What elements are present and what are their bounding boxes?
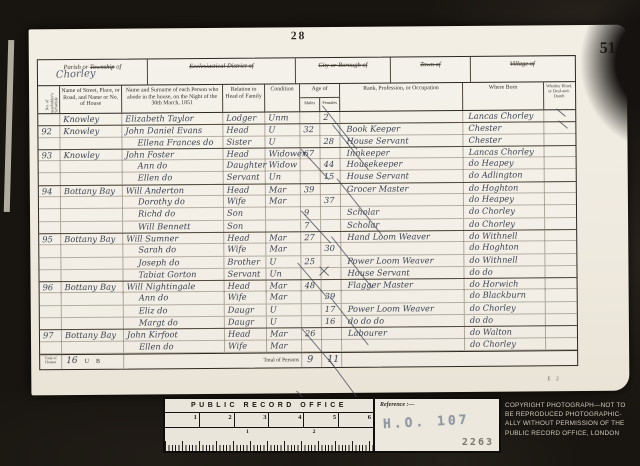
cell-street: Bottany Bay xyxy=(61,185,123,197)
cell-name: Richd do xyxy=(123,208,224,220)
cell-street xyxy=(61,197,123,209)
cell-condition: Widower xyxy=(266,148,301,160)
cell-street xyxy=(62,318,124,330)
cell-born: do Hoghton xyxy=(464,242,545,254)
ecclesiastical-label: Ecclesiastical District of xyxy=(148,62,295,70)
measuring-ruler: PUBLIC RECORD OFFICE 1 2 3 4 5 6 1 2 xyxy=(165,399,375,451)
cell-blind xyxy=(545,146,575,158)
cell-relation: Head xyxy=(223,125,265,137)
cell-relation: Servant xyxy=(224,268,266,280)
district-field-city-borough: City or Borough of xyxy=(296,58,391,84)
cell-occupation xyxy=(342,339,465,351)
cell-condition: U xyxy=(267,304,302,316)
cell-schedule xyxy=(39,174,61,186)
cell-occupation: Scholar xyxy=(341,219,464,231)
cell-occupation: Power Loom Weaver xyxy=(342,303,465,315)
reference-label: Reference :— xyxy=(380,402,415,408)
cell-age-female xyxy=(321,220,341,232)
column-header-band: No. of Householder's Schedule Name of St… xyxy=(38,82,575,114)
column-header-occupation: Rank, Profession, or Occupation xyxy=(340,83,463,111)
ruler-cm-label: 1 xyxy=(246,429,249,435)
cell-street xyxy=(61,257,123,269)
cell-born: Chester xyxy=(463,123,544,135)
cell-name: Ann do xyxy=(124,292,225,304)
cell-schedule xyxy=(39,222,61,234)
cell-age-male xyxy=(301,243,321,255)
column-header-age: Age of Males Females xyxy=(300,84,340,111)
cell-age-female: 37 xyxy=(321,195,341,207)
cell-born: do Chorley xyxy=(465,302,546,314)
cell-age-male xyxy=(302,316,322,328)
column-header-street: Name of Street, Place, or Road, and Name… xyxy=(60,86,122,113)
cell-blind xyxy=(545,193,575,205)
census-form: Parish or Township of Chorley Ecclesiast… xyxy=(37,55,578,370)
building-mark: B xyxy=(96,359,100,365)
cell-occupation: do do do xyxy=(342,315,465,327)
cell-born: do Walton xyxy=(465,327,546,339)
cell-blind xyxy=(545,170,575,182)
census-page: 28 51 Parish or Township of Chorley Eccl… xyxy=(29,25,630,396)
total-houses-label: Total of Houses xyxy=(40,355,62,369)
cell-occupation: House Servant xyxy=(340,135,463,147)
town-label: Town of xyxy=(391,61,470,69)
cell-occupation xyxy=(340,111,463,123)
cell-name: Ann do xyxy=(123,160,224,172)
cell-born: do Withnell xyxy=(464,254,545,266)
cell-blind xyxy=(546,338,576,350)
copyright-line: ALLY WITHOUT PERMISSION OF THE xyxy=(505,419,638,428)
cell-condition: Un xyxy=(266,268,301,280)
cell-schedule xyxy=(39,209,61,221)
cell-relation: Daughter xyxy=(224,160,266,172)
cell-condition: Mar xyxy=(266,232,301,244)
cell-age-male xyxy=(300,112,320,124)
cell-occupation xyxy=(342,290,465,302)
totals-spacer xyxy=(342,351,579,367)
cell-schedule xyxy=(39,245,61,257)
cell-blind xyxy=(545,266,575,278)
cell-relation: Daugr xyxy=(225,304,267,316)
copyright-line: BE REPRODUCED PHOTOGRAPHIC- xyxy=(505,410,638,419)
ruler-cm-label: 2 xyxy=(313,429,316,435)
cell-blind xyxy=(544,122,574,134)
cell-age-female xyxy=(321,255,341,267)
cell-born: do Chorley xyxy=(464,218,545,230)
cell-condition: U xyxy=(267,316,302,328)
cell-street: Bottany Bay xyxy=(62,282,124,294)
total-houses-handwritten: 16 xyxy=(66,356,78,368)
adjacent-page-edge xyxy=(4,40,15,212)
cell-condition: U xyxy=(265,136,300,148)
cell-street xyxy=(62,305,124,317)
cell-schedule: 94 xyxy=(39,186,61,198)
total-houses-value: 16 U B xyxy=(62,355,124,369)
copyright-line: COPYRIGHT PHOTOGRAPH—NOT TO xyxy=(505,401,638,410)
cell-name: Dorothy do xyxy=(123,196,224,208)
cell-blind xyxy=(545,230,575,242)
cell-born: Chester xyxy=(463,134,544,146)
cell-schedule: 92 xyxy=(38,126,60,138)
cell-schedule: 96 xyxy=(40,282,62,294)
column-header-relation: Relation to Head of Family xyxy=(223,84,265,111)
cell-occupation xyxy=(341,194,464,206)
cell-schedule xyxy=(40,342,62,354)
cell-age-male xyxy=(301,195,321,207)
cell-condition: Mar xyxy=(267,329,302,341)
cell-name: Will Bennett xyxy=(123,220,224,232)
cell-name: Tabiat Gorton xyxy=(123,269,224,281)
district-field-village: Village of xyxy=(471,56,574,82)
cell-born: do Heapey xyxy=(464,193,545,205)
total-persons-label-cell: Total of Persons xyxy=(124,353,302,368)
cell-born: do Chorley xyxy=(464,206,545,218)
cell-born: do Blackburn xyxy=(465,290,546,302)
cell-born: do Chorley xyxy=(465,338,546,350)
cell-street: Bottany Bay xyxy=(61,234,123,246)
cell-occupation xyxy=(341,242,464,254)
cell-born: do Heapey xyxy=(464,157,545,169)
cell-age-male xyxy=(301,172,321,184)
cell-age-female xyxy=(321,148,341,160)
cell-name: Margt do xyxy=(124,317,225,329)
cell-street: Knowley xyxy=(60,114,122,126)
ruler-inch-segment: 4 xyxy=(269,413,304,427)
cell-relation: Sister xyxy=(223,136,265,148)
cell-blind xyxy=(545,205,575,217)
cell-relation: Son xyxy=(224,208,266,220)
ruler-inch-segment: 2 xyxy=(200,413,235,427)
cell-condition xyxy=(266,220,301,232)
cell-name: Ellen do xyxy=(123,172,224,184)
column-header-condition: Condition xyxy=(265,84,300,111)
column-header-schedule: No. of Householder's Schedule xyxy=(38,86,60,113)
district-field-ecclesiastical: Ecclesiastical District of xyxy=(148,58,296,84)
uninhabited-mark: U xyxy=(85,359,89,365)
cell-relation: Brother xyxy=(224,256,266,268)
cell-born: do Adlington xyxy=(464,170,545,182)
cell-street xyxy=(61,269,123,281)
cell-schedule: 97 xyxy=(40,330,62,342)
cell-age-female xyxy=(321,207,341,219)
cell-condition: Mar xyxy=(266,243,301,255)
piece-number-stamp: 2263 xyxy=(462,437,494,448)
cell-born: do Horwich xyxy=(465,278,546,290)
cell-street xyxy=(60,137,122,149)
cell-street xyxy=(62,293,124,305)
district-field-parish: Parish or Township of Chorley xyxy=(38,59,148,85)
ruler-cm-scale: 1 2 xyxy=(165,428,373,451)
reference-stamp: H.O. 107 xyxy=(383,413,470,433)
ruler-inch-segment: 3 xyxy=(235,413,270,427)
cell-relation: Daugr xyxy=(225,317,267,329)
ruler-inch-segment: 6 xyxy=(339,413,373,427)
folio-number: 28 xyxy=(277,30,321,42)
column-header-name: Name and Surname of each Person who abod… xyxy=(122,85,223,113)
cell-relation: Head xyxy=(225,281,267,293)
cell-schedule xyxy=(39,197,61,209)
cell-schedule: 93 xyxy=(39,150,61,162)
column-header-born: Where Born xyxy=(463,82,544,110)
cell-relation: Wife xyxy=(225,340,267,352)
cell-schedule xyxy=(39,270,61,282)
cell-street: Bottany Bay xyxy=(62,330,124,342)
cell-schedule xyxy=(38,114,60,126)
cell-age-male xyxy=(302,304,322,316)
cell-street xyxy=(61,209,123,221)
cell-born: do do xyxy=(465,314,546,326)
cell-name: Ellena Frances do xyxy=(122,136,223,148)
cell-age-female: 16 xyxy=(322,316,342,328)
cell-relation: Wife xyxy=(225,292,267,304)
cell-name: Joseph do xyxy=(123,256,224,268)
cell-schedule xyxy=(39,161,61,173)
cell-relation: Head xyxy=(224,232,266,244)
cell-relation: Son xyxy=(224,220,266,232)
ruler-inch-segment: 1 xyxy=(165,413,200,427)
record-office-title: PUBLIC RECORD OFFICE xyxy=(165,399,373,413)
cell-age-female: 2 xyxy=(320,112,340,124)
cell-condition: Mar xyxy=(266,195,301,207)
total-persons-label: Total of Persons xyxy=(263,357,299,363)
cell-relation: Head xyxy=(225,329,267,341)
cell-street xyxy=(61,245,123,257)
cell-born: Lancas Chorley xyxy=(464,146,545,158)
cell-occupation: House Servant xyxy=(341,170,464,182)
cell-schedule xyxy=(40,306,62,318)
cell-age-male: 25 xyxy=(301,256,321,268)
cell-name: Elizabeth Taylor xyxy=(122,113,223,125)
cell-schedule xyxy=(40,318,62,330)
cell-street xyxy=(62,341,124,353)
cell-blind xyxy=(545,157,575,169)
cell-schedule xyxy=(40,294,62,306)
column-header-blind: Whether Blind, or Deaf-and-Dumb xyxy=(544,82,574,109)
cell-age-male: 27 xyxy=(301,232,321,244)
cell-street xyxy=(61,173,123,185)
cell-age-male xyxy=(300,136,320,148)
cell-age-female: 28 xyxy=(320,136,340,148)
cell-name: Ellen do xyxy=(124,340,225,352)
record-office-ruler-card: PUBLIC RECORD OFFICE 1 2 3 4 5 6 1 2 Ref… xyxy=(163,397,501,453)
cell-age-male: 26 xyxy=(302,328,322,340)
cell-relation: Head xyxy=(224,184,266,196)
ruler-inch-scale: 1 2 3 4 5 6 xyxy=(165,413,373,428)
reference-panel: Reference :— H.O. 107 2263 xyxy=(375,399,499,451)
cell-blind xyxy=(545,241,575,253)
cell-schedule: 95 xyxy=(39,234,61,246)
total-males: 9 xyxy=(302,353,322,367)
cell-condition: U xyxy=(265,125,300,137)
cell-blind xyxy=(545,218,575,230)
cell-condition: Mar xyxy=(267,292,302,304)
cell-street xyxy=(61,221,123,233)
cell-blind xyxy=(546,290,576,302)
ruler-inch-segment: 5 xyxy=(304,413,339,427)
cell-street: Knowley xyxy=(60,126,122,138)
cell-street: Knowley xyxy=(61,150,123,162)
column-header-age-females: Females xyxy=(320,98,339,111)
cell-relation: Wife xyxy=(224,244,266,256)
cell-blind xyxy=(545,182,575,194)
column-header-age-males: Males xyxy=(300,98,320,111)
cell-condition: Unm xyxy=(265,112,300,124)
cell-occupation: Power Loom Weaver xyxy=(341,255,464,267)
cell-age-female xyxy=(321,184,341,196)
photo-dark-corner xyxy=(580,0,640,150)
photo-background: 28 51 Parish or Township of Chorley Eccl… xyxy=(0,0,640,466)
cell-condition: Un xyxy=(266,172,301,184)
cell-relation: Servant xyxy=(224,172,266,184)
cell-born: do Withnell xyxy=(464,230,545,242)
parish-value-handwritten: Chorley xyxy=(56,68,96,81)
cell-relation: Wife xyxy=(224,196,266,208)
cell-name: Sarah do xyxy=(123,244,224,256)
cell-relation: Head xyxy=(224,148,266,160)
district-field-town: Town of xyxy=(391,57,471,83)
cell-blind xyxy=(546,302,576,314)
cell-born: do Hoghton xyxy=(464,182,545,194)
cell-age-male: 32 xyxy=(300,124,320,136)
enumeration-rows: KnowleyElizabeth TaylorLodgerUnm2Lancas … xyxy=(38,110,577,354)
cell-condition: Mar xyxy=(267,280,302,292)
corner-mark: E 2 xyxy=(547,376,561,382)
cell-blind xyxy=(546,278,576,290)
cell-age-male: 39 xyxy=(301,184,321,196)
cell-age-female: 44 xyxy=(321,159,341,171)
cell-name: Eliz do xyxy=(124,305,225,317)
copyright-line: PUBLIC RECORD OFFICE, LONDON xyxy=(505,429,638,438)
cell-schedule xyxy=(38,138,60,150)
cell-age-male xyxy=(302,292,322,304)
cell-blind xyxy=(546,326,576,338)
copyright-notice: COPYRIGHT PHOTOGRAPH—NOT TO BE REPRODUCE… xyxy=(505,401,638,438)
cell-condition: U xyxy=(266,256,301,268)
cell-condition: Mar xyxy=(266,184,301,196)
village-label: Village of xyxy=(471,60,574,68)
cell-age-female xyxy=(322,340,342,352)
cell-blind xyxy=(545,254,575,266)
cell-street xyxy=(61,161,123,173)
cell-condition xyxy=(266,208,301,220)
cell-age-female xyxy=(322,280,342,292)
cell-condition: Mar xyxy=(267,340,302,352)
cell-relation: Lodger xyxy=(223,112,265,124)
cell-age-female xyxy=(322,328,342,340)
cell-condition: Widow xyxy=(266,159,301,171)
cell-blind xyxy=(544,134,574,146)
cell-born: do do xyxy=(464,266,545,278)
cell-blind xyxy=(546,314,576,326)
cell-schedule xyxy=(39,258,61,270)
cell-born: Lancas Chorley xyxy=(463,110,544,122)
city-borough-label: City or Borough of xyxy=(296,62,390,70)
